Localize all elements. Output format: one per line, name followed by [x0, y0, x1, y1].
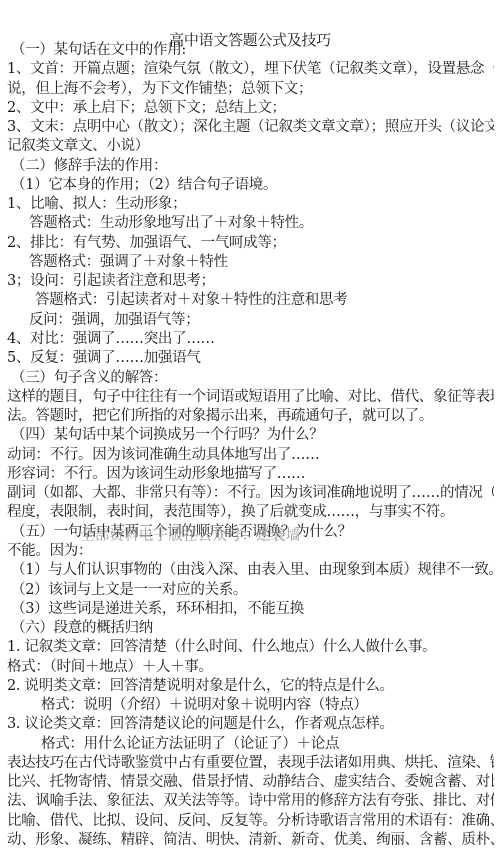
text-line: 比兴、托物寄情、情景交融、借景抒情、动静结合、虚实结合、委婉含蓄、对比手 [7, 772, 494, 793]
text-line: 格式：用什么论证方法证明了（论证了）＋论点 [41, 734, 494, 755]
text-line: （一）某句话在文中的作用: [11, 40, 494, 61]
text-line: 2、排比：有气势、加强语气、一气呵成等； [7, 233, 494, 254]
text-line: 4、对比：强调了……突出了…… [7, 329, 494, 350]
document-page: 高中语文答题公式及技巧 （一）某句话在文中的作用:1、文首：开篇点题；渲染气氛（… [0, 0, 500, 859]
text-line: 答题格式：强调了＋对象＋特性 [29, 252, 494, 273]
text-line: （六）段意的概括归纳 [11, 618, 494, 639]
text-line: 记叙类文章文、小说） [7, 136, 494, 157]
text-line: 反问：强调，加强语气等； [29, 310, 494, 331]
text-line: 这样的题目，句子中往往有一个词语或短语用了比喻、对比、借代、象征等表现方 [7, 387, 494, 408]
text-line: 程度，表限制，表时间，表范围等），换了后就变成……，与事实不符。 [7, 502, 494, 523]
text-line: 2. 说明类文章：回答清楚说明对象是什么，它的特点是什么。 [7, 676, 494, 697]
text-line: 答题格式：生动形象地写出了＋对象＋特性。 [29, 213, 494, 234]
text-line: （四）某句话中某个词换成另一个行吗？为什么？ [11, 425, 494, 446]
text-line: 5、反复：强调了……加强语气 [7, 348, 494, 369]
text-line: 3；设问：引起读者注意和思考； [7, 271, 494, 292]
text-line: 表达技巧在古代诗歌鉴赏中占有重要位置，表现手法诸如用典、烘托、渲染、铺陈、 [7, 753, 494, 774]
text-line: 说，但上海不会考），为下文作铺垫；总领下文； [7, 79, 494, 100]
text-line: （2）该词与上文是一一对应的关系。 [11, 580, 494, 601]
text-line: 2、文中：承上启下；总领下文；总结上文； [7, 98, 494, 119]
text-line: 3. 议论类文章：回答清楚议论的问题是什么，作者观点怎样。 [7, 714, 494, 735]
text-line: 副词（如都、大都、非常只有等）：不行。因为该词准确地说明了……的情况（表 [7, 483, 494, 504]
text-line: 法、讽喻手法、象征法、双关法等等。诗中常用的修辞方法有夸张、排比、对偶、 [7, 791, 494, 812]
text-line: 动词：不行。因为该词准确生动具体地写出了…… [7, 445, 494, 466]
text-line: 1、文首：开篇点题；渲染气氛（散文），埋下伏笔（记叙类文章），设置悬念（小 [7, 59, 494, 80]
text-line: 法。答题时，把它们所指的对象揭示出来，再疏通句子，就可以了。 [7, 406, 494, 427]
text-line: 比喻、借代、比拟、设问、反问、反复等。分析诗歌语言常用的术语有：准确、生 [7, 811, 494, 832]
text-line: 3、文末：点明中心（散文）；深化主题（记叙类文章文章）；照应开头（议论文、 [7, 117, 494, 138]
watermark-text: 全部资料电子版在公众号：逆袭墙 [80, 524, 301, 545]
text-line: 格式：说明（介绍）＋说明对象＋说明内容（特点） [41, 695, 494, 716]
text-line: 形容词：不行。因为该词生动形象地描写了…… [7, 464, 494, 485]
text-line: 动、形象、凝练、精辟、简洁、明快、清新、新奇、优美、绚丽、含蓄、质朴、自 [7, 830, 494, 851]
text-line: 1. 记叙类文章：回答清楚（什么时间、什么地点）什么人做什么事。 [7, 637, 494, 658]
text-line: （三）句子含义的解答： [11, 368, 494, 389]
text-line: （3）这些词是递进关系，环环相扣，不能互换 [11, 599, 494, 620]
text-line: （1）它本身的作用；（2）结合句子语境。 [11, 175, 494, 196]
text-line: （1）与人们认识事物的（由浅入深、由表入里、由现象到本质）规律不一致。 [11, 560, 494, 581]
text-line: 1、比喻、拟人：生动形象； [7, 194, 494, 215]
text-line: （二）修辞手法的作用： [11, 156, 494, 177]
text-line: 格式：（时间＋地点）＋人＋事。 [7, 657, 494, 678]
text-line: 答题格式：引起读者对＋对象＋特性的注意和思考 [35, 290, 494, 311]
